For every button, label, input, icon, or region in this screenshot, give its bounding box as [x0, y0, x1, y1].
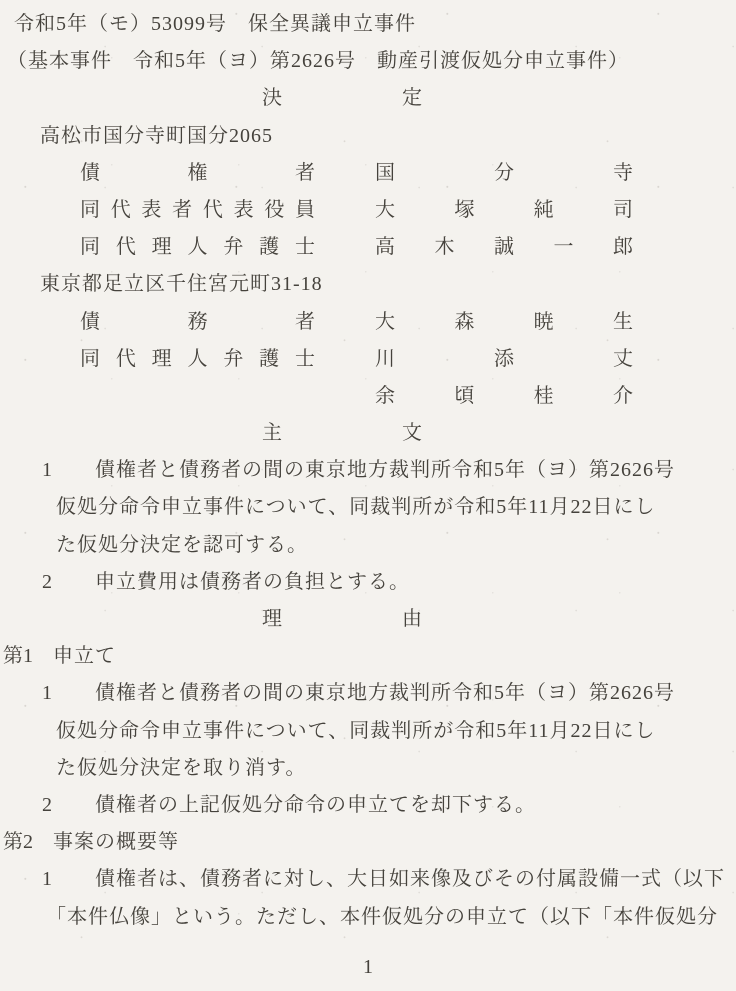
main-text-item-1-continuation: た仮処分決定を認可する。 — [0, 527, 736, 564]
main-text-title: 主文 — [262, 415, 422, 452]
section-heading-text: 事案の概要等 — [53, 824, 179, 861]
party-name: 国分寺 — [375, 155, 633, 192]
reasons-s1-item-1-continuation: 仮処分命令申立事件について、同裁判所が令和5年11月22日にし — [0, 713, 736, 750]
party-row-debtor-attorney-2: 余頃桂介 — [0, 378, 736, 415]
section-number: 第2 — [3, 824, 53, 861]
base-case-line: （基本事件 令和5年（ヨ）第2626号 動産引渡仮処分申立事件） — [0, 43, 736, 80]
party-name: 大森暁生 — [375, 304, 633, 341]
reasons-s1-item-1-continuation: た仮処分決定を取り消す。 — [0, 750, 736, 787]
reasons-title: 理由 — [262, 601, 422, 638]
case-number-line: 令和5年（モ）53099号 保全異議申立事件 — [0, 6, 736, 43]
main-text-title-line: 主文 — [0, 415, 736, 452]
main-text-item-1-continuation: 仮処分命令申立事件について、同裁判所が令和5年11月22日にし — [0, 489, 736, 526]
party-name: 川添丈 — [375, 341, 633, 378]
party-role-label: 債務者 — [80, 304, 315, 341]
main-text-item-1: 1 債権者と債務者の間の東京地方裁判所令和5年（ヨ）第2626号 — [0, 452, 736, 489]
reasons-s1-item-1: 1 債権者と債務者の間の東京地方裁判所令和5年（ヨ）第2626号 — [0, 675, 736, 712]
item-text: 申立費用は債務者の負担とする。 — [95, 564, 410, 601]
reasons-title-line: 理由 — [0, 601, 736, 638]
party-role-label — [80, 378, 315, 415]
party-row-creditor: 債権者 国分寺 — [0, 155, 736, 192]
item-number: 2 — [42, 787, 95, 824]
item-text: 債権者と債務者の間の東京地方裁判所令和5年（ヨ）第2626号 — [95, 452, 675, 489]
item-number: 1 — [42, 861, 95, 898]
section-heading-text: 申立て — [53, 638, 116, 675]
party-row-debtor-attorney: 同代理人弁護士 川添丈 — [0, 341, 736, 378]
party-role-label: 債権者 — [80, 155, 315, 192]
party-role-label: 同代理人弁護士 — [80, 341, 315, 378]
decision-title: 決定 — [262, 80, 422, 117]
item-text: 債権者の上記仮処分命令の申立てを却下する。 — [95, 787, 536, 824]
party-name: 余頃桂介 — [375, 378, 633, 415]
creditor-address: 高松市国分寺町国分2065 — [0, 118, 736, 155]
party-row-creditor-representative: 同代表者代表役員 大塚純司 — [0, 192, 736, 229]
party-row-debtor: 債務者 大森暁生 — [0, 304, 736, 341]
main-text-block: 1 債権者と債務者の間の東京地方裁判所令和5年（ヨ）第2626号 仮処分命令申立… — [0, 452, 736, 601]
document-page: 令和5年（モ）53099号 保全異議申立事件 （基本事件 令和5年（ヨ）第262… — [0, 0, 736, 991]
section-heading: 第1 申立て — [0, 638, 736, 675]
creditor-block: 高松市国分寺町国分2065 債権者 国分寺 同代表者代表役員 大塚純司 同代理人… — [0, 118, 736, 267]
party-role-label: 同代表者代表役員 — [80, 192, 315, 229]
party-name: 大塚純司 — [375, 192, 633, 229]
page-number: 1 — [0, 952, 736, 982]
debtor-block: 東京都足立区千住宮元町31-18 債務者 大森暁生 同代理人弁護士 川添丈 余頃… — [0, 266, 736, 415]
reasons-s2-item-1-continuation: 「本件仏像」という。ただし、本件仮処分の申立て（以下「本件仮処分 — [0, 899, 736, 936]
reasons-section-2: 第2 事案の概要等 1 債権者は、債務者に対し、大日如来像及びその付属設備一式（… — [0, 824, 736, 936]
reasons-s1-item-2: 2 債権者の上記仮処分命令の申立てを却下する。 — [0, 787, 736, 824]
reasons-s2-item-1: 1 債権者は、債務者に対し、大日如来像及びその付属設備一式（以下 — [0, 861, 736, 898]
debtor-address: 東京都足立区千住宮元町31-18 — [0, 266, 736, 303]
item-number: 1 — [42, 675, 95, 712]
item-text: 債権者と債務者の間の東京地方裁判所令和5年（ヨ）第2626号 — [95, 675, 675, 712]
item-text: 債権者は、債務者に対し、大日如来像及びその付属設備一式（以下 — [95, 861, 725, 898]
main-text-item-2: 2 申立費用は債務者の負担とする。 — [0, 564, 736, 601]
item-number: 2 — [42, 564, 95, 601]
item-number: 1 — [42, 452, 95, 489]
decision-title-line: 決定 — [0, 80, 736, 117]
section-heading: 第2 事案の概要等 — [0, 824, 736, 861]
section-number: 第1 — [3, 638, 53, 675]
party-row-creditor-attorney: 同代理人弁護士 高木誠一郎 — [0, 229, 736, 266]
party-role-label: 同代理人弁護士 — [80, 229, 315, 266]
party-name: 高木誠一郎 — [375, 229, 633, 266]
reasons-section-1: 第1 申立て 1 債権者と債務者の間の東京地方裁判所令和5年（ヨ）第2626号 … — [0, 638, 736, 824]
